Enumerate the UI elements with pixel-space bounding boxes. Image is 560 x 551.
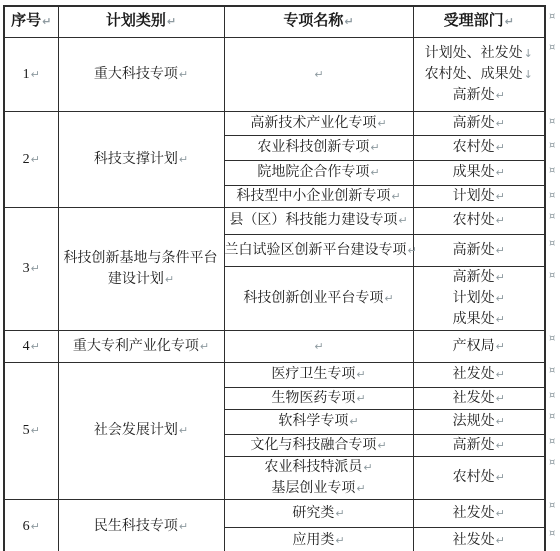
cell-line: 科技支撑计划↵: [59, 149, 224, 170]
cell-text: 产权局: [453, 339, 495, 354]
table-cell: 科技支撑计划↵: [58, 111, 224, 207]
cell-line: 生物医药专项↵: [225, 388, 413, 409]
paragraph-mark-icon: ↵: [496, 271, 505, 284]
cell-text: 医疗卫生专项: [271, 367, 355, 382]
paragraph-mark-icon: ↵: [167, 15, 176, 28]
cell-line: 6↵: [5, 516, 58, 537]
cell-text: 应用类: [292, 533, 334, 548]
paragraph-mark-icon: ↵: [496, 507, 505, 520]
cell-line: 社发处↵: [414, 364, 545, 385]
cell-line: 成果处↵: [414, 309, 545, 330]
table-cell: 社发处↵: [413, 362, 545, 387]
table-cell: 4↵: [4, 330, 58, 362]
cell-line: 高新处↵: [414, 85, 545, 106]
paragraph-mark-icon: ↵: [42, 15, 51, 28]
table-cell: 高新处↵: [413, 234, 545, 266]
paragraph-mark-icon: ↵: [496, 292, 505, 305]
cell-text: 高新处: [453, 116, 495, 131]
cell-text: 高新处: [453, 88, 495, 103]
cell-text: 建设计划: [108, 272, 164, 287]
table-row: 3↵科技创新基地与条件平台建设计划↵县（区）科技能力建设专项↵农村处↵: [4, 207, 545, 234]
cell-text: 高新处: [453, 438, 495, 453]
table-cell: 高新技术产业化专项↵: [224, 111, 413, 135]
cell-text: 基层创业专项: [271, 481, 355, 496]
cell-line: 受理部门↵: [414, 11, 545, 32]
cell-text: 计划处、社发处: [425, 46, 523, 61]
paragraph-mark-icon: ↵: [363, 461, 372, 474]
plan-table: 序号↵计划类别↵专项名称↵受理部门↵1↵重大科技专项↵↵计划处、社发处↓农村处、…: [3, 5, 546, 551]
row-end-mark-icon: ¤: [549, 211, 555, 223]
table-cell: 产权局↵: [413, 330, 545, 362]
cell-line: 计划处、社发处↓: [414, 43, 545, 64]
table-cell: 研究类↵: [224, 499, 413, 527]
table-cell: 县（区）科技能力建设专项↵: [224, 207, 413, 234]
table-cell: 科技创新基地与条件平台建设计划↵: [58, 207, 224, 330]
table-cell: 高新处↵: [413, 434, 545, 456]
cell-line: 2↵: [5, 149, 58, 170]
cell-line: 基层创业专项↵: [225, 478, 413, 499]
cell-line: 农业科技创新专项↵: [225, 137, 413, 158]
row-end-mark-icon: ¤: [549, 500, 555, 512]
cell-line: 文化与科技融合专项↵: [225, 435, 413, 456]
table-cell: 计划处↵: [413, 185, 545, 207]
cell-text: 农业科技创新专项: [257, 140, 369, 155]
cell-text: 社发处: [453, 506, 495, 521]
cell-text: 序号: [11, 13, 41, 29]
table-cell: 1↵: [4, 37, 58, 111]
table-cell: 医疗卫生专项↵: [224, 362, 413, 387]
cell-text: 成果处: [453, 312, 495, 327]
cell-line: 计划处↵: [414, 186, 545, 207]
cell-text: 生物医药专项: [271, 391, 355, 406]
cell-line: 农村处↵: [414, 137, 545, 158]
cell-text: 成果处: [453, 165, 495, 180]
paragraph-mark-icon: ↵: [496, 340, 505, 353]
paragraph-mark-icon: ↵: [496, 415, 505, 428]
paragraph-mark-icon: ↵: [179, 520, 188, 533]
paragraph-mark-icon: ↵: [377, 439, 386, 452]
table-cell: 院地院企合作专项↵: [224, 160, 413, 185]
paragraph-mark-icon: ↵: [505, 15, 514, 28]
paragraph-mark-icon: ↵: [344, 15, 353, 28]
cell-line: 序号↵: [5, 11, 58, 32]
cell-text: 计划处: [453, 189, 495, 204]
table-cell: 3↵: [4, 207, 58, 330]
paragraph-mark-icon: ↵: [356, 482, 365, 495]
table-cell: ↵: [224, 330, 413, 362]
cell-text: 民生科技专项: [94, 519, 178, 534]
paragraph-mark-icon: ↵: [335, 507, 344, 520]
cell-line: 社会发展计划↵: [59, 420, 224, 441]
table-cell: 社发处↵: [413, 387, 545, 409]
header-cell: 专项名称↵: [224, 6, 413, 37]
paragraph-mark-icon: ↵: [200, 340, 209, 353]
paragraph-mark-icon: ↵: [31, 340, 40, 353]
table-row: 1↵重大科技专项↵↵计划处、社发处↓农村处、成果处↓高新处↵: [4, 37, 545, 111]
cell-text: 2: [23, 152, 30, 167]
table-cell: 科技创新创业平台专项↵: [224, 266, 413, 330]
paragraph-mark-icon: ↵: [370, 141, 379, 154]
cell-text: 高新处: [453, 243, 495, 258]
cell-text: 计划处: [453, 291, 495, 306]
cell-text: 重大科技专项: [94, 67, 178, 82]
paragraph-mark-icon: ↵: [356, 392, 365, 405]
paragraph-mark-icon: ↵: [179, 68, 188, 81]
cell-text: 农村处、成果处: [425, 67, 523, 82]
row-end-mark-icon: ¤: [549, 42, 555, 54]
table-cell: 社发处↵: [413, 499, 545, 527]
cell-line: 社发处↵: [414, 388, 545, 409]
paragraph-mark-icon: ↵: [165, 273, 174, 286]
table-cell: 高新处↵计划处↵成果处↵: [413, 266, 545, 330]
table-row: 2↵科技支撑计划↵高新技术产业化专项↵高新处↵: [4, 111, 545, 135]
table-cell: 农村处↵: [413, 207, 545, 234]
cell-line: 成果处↵: [414, 162, 545, 183]
table-cell: 5↵: [4, 362, 58, 499]
table-row: 6↵民生科技专项↵研究类↵社发处↵: [4, 499, 545, 527]
table-cell: 计划处、社发处↓农村处、成果处↓高新处↵: [413, 37, 545, 111]
cell-line: 农村处↵: [414, 467, 545, 488]
paragraph-mark-icon: ↵: [31, 153, 40, 166]
cell-line: 县（区）科技能力建设专项↵: [225, 210, 413, 231]
cell-text: 文化与科技融合专项: [250, 438, 376, 453]
cell-line: 科技型中小企业创新专项↵: [225, 186, 413, 207]
paragraph-mark-icon: ↵: [496, 141, 505, 154]
cell-line: 重大科技专项↵: [59, 64, 224, 85]
paragraph-mark-icon: ↵: [314, 340, 323, 353]
cell-line: 社发处↵: [414, 503, 545, 524]
paragraph-mark-icon: ↵: [335, 534, 344, 547]
paragraph-mark-icon: ↵: [31, 262, 40, 275]
table-cell: 农村处↵: [413, 135, 545, 160]
paragraph-mark-icon: ↵: [384, 292, 393, 305]
paragraph-mark-icon: ↵: [314, 68, 323, 81]
paragraph-mark-icon: ↵: [496, 471, 505, 484]
table-row: 5↵社会发展计划↵医疗卫生专项↵社发处↵: [4, 362, 545, 387]
paragraph-mark-icon: ↵: [496, 439, 505, 452]
cell-text: 高新处: [453, 270, 495, 285]
paragraph-mark-icon: ↵: [370, 166, 379, 179]
cell-line: 高新处↵: [414, 113, 545, 134]
row-end-mark-icon: ¤: [549, 365, 555, 377]
paragraph-mark-icon: ↵: [496, 313, 505, 326]
table-cell: 兰白试验区创新平台建设专项↵: [224, 234, 413, 266]
row-end-mark-icon: ¤: [549, 390, 555, 402]
cell-text: 科技型中小企业创新专项: [236, 189, 390, 204]
cell-text: 科技创新创业平台专项: [243, 291, 383, 306]
table-cell: 农业科技特派员↵基层创业专项↵: [224, 456, 413, 499]
cell-line: 4↵: [5, 336, 58, 357]
paragraph-mark-icon: ↵: [496, 392, 505, 405]
cell-text: 4: [23, 339, 30, 354]
table-cell: ↵: [224, 37, 413, 111]
table-body: 序号↵计划类别↵专项名称↵受理部门↵1↵重大科技专项↵↵计划处、社发处↓农村处、…: [4, 6, 545, 551]
paragraph-mark-icon: ↵: [377, 117, 386, 130]
table-cell: 软科学专项↵: [224, 409, 413, 434]
cell-text: 院地院企合作专项: [257, 165, 369, 180]
cell-line: 建设计划↵: [59, 269, 224, 290]
cell-text: 法规处: [453, 414, 495, 429]
cell-text: 科技创新基地与条件平台: [64, 251, 218, 266]
cell-line: 农村处、成果处↓: [414, 64, 545, 85]
cell-text: 社发处: [453, 533, 495, 548]
cell-text: 受理部门: [444, 13, 504, 29]
table-cell: 应用类↵: [224, 527, 413, 551]
cell-line: 应用类↵: [225, 530, 413, 551]
table-cell: 科技型中小企业创新专项↵: [224, 185, 413, 207]
header-row: 序号↵计划类别↵专项名称↵受理部门↵: [4, 6, 545, 37]
cell-line: 高新处↵: [414, 435, 545, 456]
paragraph-mark-icon: ↵: [356, 368, 365, 381]
paragraph-mark-icon: ↵: [179, 153, 188, 166]
paragraph-mark-icon: ↵: [179, 424, 188, 437]
cell-line: 院地院企合作专项↵: [225, 162, 413, 183]
paragraph-mark-icon: ↵: [391, 190, 400, 203]
row-end-mark-icon: ¤: [549, 528, 555, 540]
cell-line: 医疗卫生专项↵: [225, 364, 413, 385]
header-cell: 计划类别↵: [58, 6, 224, 37]
cell-line: 高新处↵: [414, 240, 545, 261]
cell-line: 科技创新基地与条件平台: [59, 248, 224, 269]
line-break-mark-icon: ↓: [524, 47, 533, 60]
paragraph-mark-icon: ↵: [398, 214, 407, 227]
table-cell: 农村处↵: [413, 456, 545, 499]
row-end-mark-icon: ¤: [549, 270, 555, 282]
cell-line: 软科学专项↵: [225, 411, 413, 432]
cell-text: 1: [23, 67, 30, 82]
cell-text: 计划类别: [106, 13, 166, 29]
row-end-mark-icon: ¤: [549, 116, 555, 128]
cell-line: 社发处↵: [414, 530, 545, 551]
cell-line: 重大专利产业化专项↵: [59, 336, 224, 357]
cell-line: 农村处↵: [414, 210, 545, 231]
row-end-mark-icon: ¤: [549, 333, 555, 345]
table-cell: 高新处↵: [413, 111, 545, 135]
paragraph-mark-icon: ↵: [31, 424, 40, 437]
table-cell: 重大科技专项↵: [58, 37, 224, 111]
row-end-mark-icon: ¤: [549, 411, 555, 423]
table-cell: 文化与科技融合专项↵: [224, 434, 413, 456]
cell-line: 民生科技专项↵: [59, 516, 224, 537]
row-end-mark-icon: ¤: [549, 11, 555, 23]
cell-text: 科技支撑计划: [94, 152, 178, 167]
table-cell: 农业科技创新专项↵: [224, 135, 413, 160]
row-end-mark-icon: ¤: [549, 140, 555, 152]
cell-text: 社发处: [453, 367, 495, 382]
cell-text: 研究类: [292, 506, 334, 521]
cell-text: 3: [23, 261, 30, 276]
cell-line: 专项名称↵: [225, 11, 413, 32]
row-end-mark-icon: ¤: [549, 436, 555, 448]
table-cell: 社发处↵: [413, 527, 545, 551]
cell-line: 农业科技特派员↵: [225, 457, 413, 478]
paragraph-mark-icon: ↵: [31, 68, 40, 81]
table-cell: 6↵: [4, 499, 58, 551]
cell-line: 计划处↵: [414, 288, 545, 309]
cell-text: 农村处: [453, 140, 495, 155]
cell-line: 高新处↵: [414, 267, 545, 288]
paragraph-mark-icon: ↵: [408, 244, 417, 257]
paragraph-mark-icon: ↵: [496, 89, 505, 102]
cell-line: ↵: [225, 64, 413, 85]
cell-text: 重大专利产业化专项: [73, 339, 199, 354]
cell-line: 5↵: [5, 420, 58, 441]
cell-text: 5: [23, 423, 30, 438]
cell-text: 专项名称: [283, 13, 343, 29]
row-end-mark-icon: ¤: [549, 457, 555, 469]
cell-line: 1↵: [5, 64, 58, 85]
header-cell: 序号↵: [4, 6, 58, 37]
cell-line: 研究类↵: [225, 503, 413, 524]
cell-line: 科技创新创业平台专项↵: [225, 288, 413, 309]
paragraph-mark-icon: ↵: [349, 415, 358, 428]
header-cell: 受理部门↵: [413, 6, 545, 37]
cell-text: 农村处: [453, 470, 495, 485]
cell-line: ↵: [225, 336, 413, 357]
table-cell: 法规处↵: [413, 409, 545, 434]
table-cell: 社会发展计划↵: [58, 362, 224, 499]
paragraph-mark-icon: ↵: [496, 368, 505, 381]
paragraph-mark-icon: ↵: [496, 214, 505, 227]
table-cell: 成果处↵: [413, 160, 545, 185]
paragraph-mark-icon: ↵: [496, 244, 505, 257]
cell-line: 兰白试验区创新平台建设专项↵: [225, 240, 413, 261]
table-row: 4↵重大专利产业化专项↵↵产权局↵: [4, 330, 545, 362]
line-break-mark-icon: ↓: [524, 68, 533, 81]
cell-line: 高新技术产业化专项↵: [225, 113, 413, 134]
cell-text: 兰白试验区创新平台建设专项: [225, 243, 407, 258]
cell-text: 社会发展计划: [94, 423, 178, 438]
table-cell: 生物医药专项↵: [224, 387, 413, 409]
row-end-mark-icon: ¤: [549, 165, 555, 177]
cell-line: 3↵: [5, 258, 58, 279]
cell-text: 县（区）科技能力建设专项: [229, 213, 397, 228]
paragraph-mark-icon: ↵: [496, 166, 505, 179]
document-canvas: 序号↵计划类别↵专项名称↵受理部门↵1↵重大科技专项↵↵计划处、社发处↓农村处、…: [0, 0, 560, 551]
cell-line: 计划类别↵: [59, 11, 224, 32]
paragraph-mark-icon: ↵: [496, 534, 505, 547]
paragraph-mark-icon: ↵: [496, 117, 505, 130]
paragraph-mark-icon: ↵: [496, 190, 505, 203]
cell-text: 6: [23, 519, 30, 534]
cell-text: 软科学专项: [278, 414, 348, 429]
table-cell: 2↵: [4, 111, 58, 207]
cell-text: 高新技术产业化专项: [250, 116, 376, 131]
cell-line: 产权局↵: [414, 336, 545, 357]
table-cell: 重大专利产业化专项↵: [58, 330, 224, 362]
paragraph-mark-icon: ↵: [31, 520, 40, 533]
row-end-mark-icon: ¤: [549, 190, 555, 202]
cell-text: 农村处: [453, 213, 495, 228]
cell-text: 农业科技特派员: [264, 460, 362, 475]
row-end-mark-icon: ¤: [549, 238, 555, 250]
cell-line: 法规处↵: [414, 411, 545, 432]
cell-text: 社发处: [453, 391, 495, 406]
table-cell: 民生科技专项↵: [58, 499, 224, 551]
